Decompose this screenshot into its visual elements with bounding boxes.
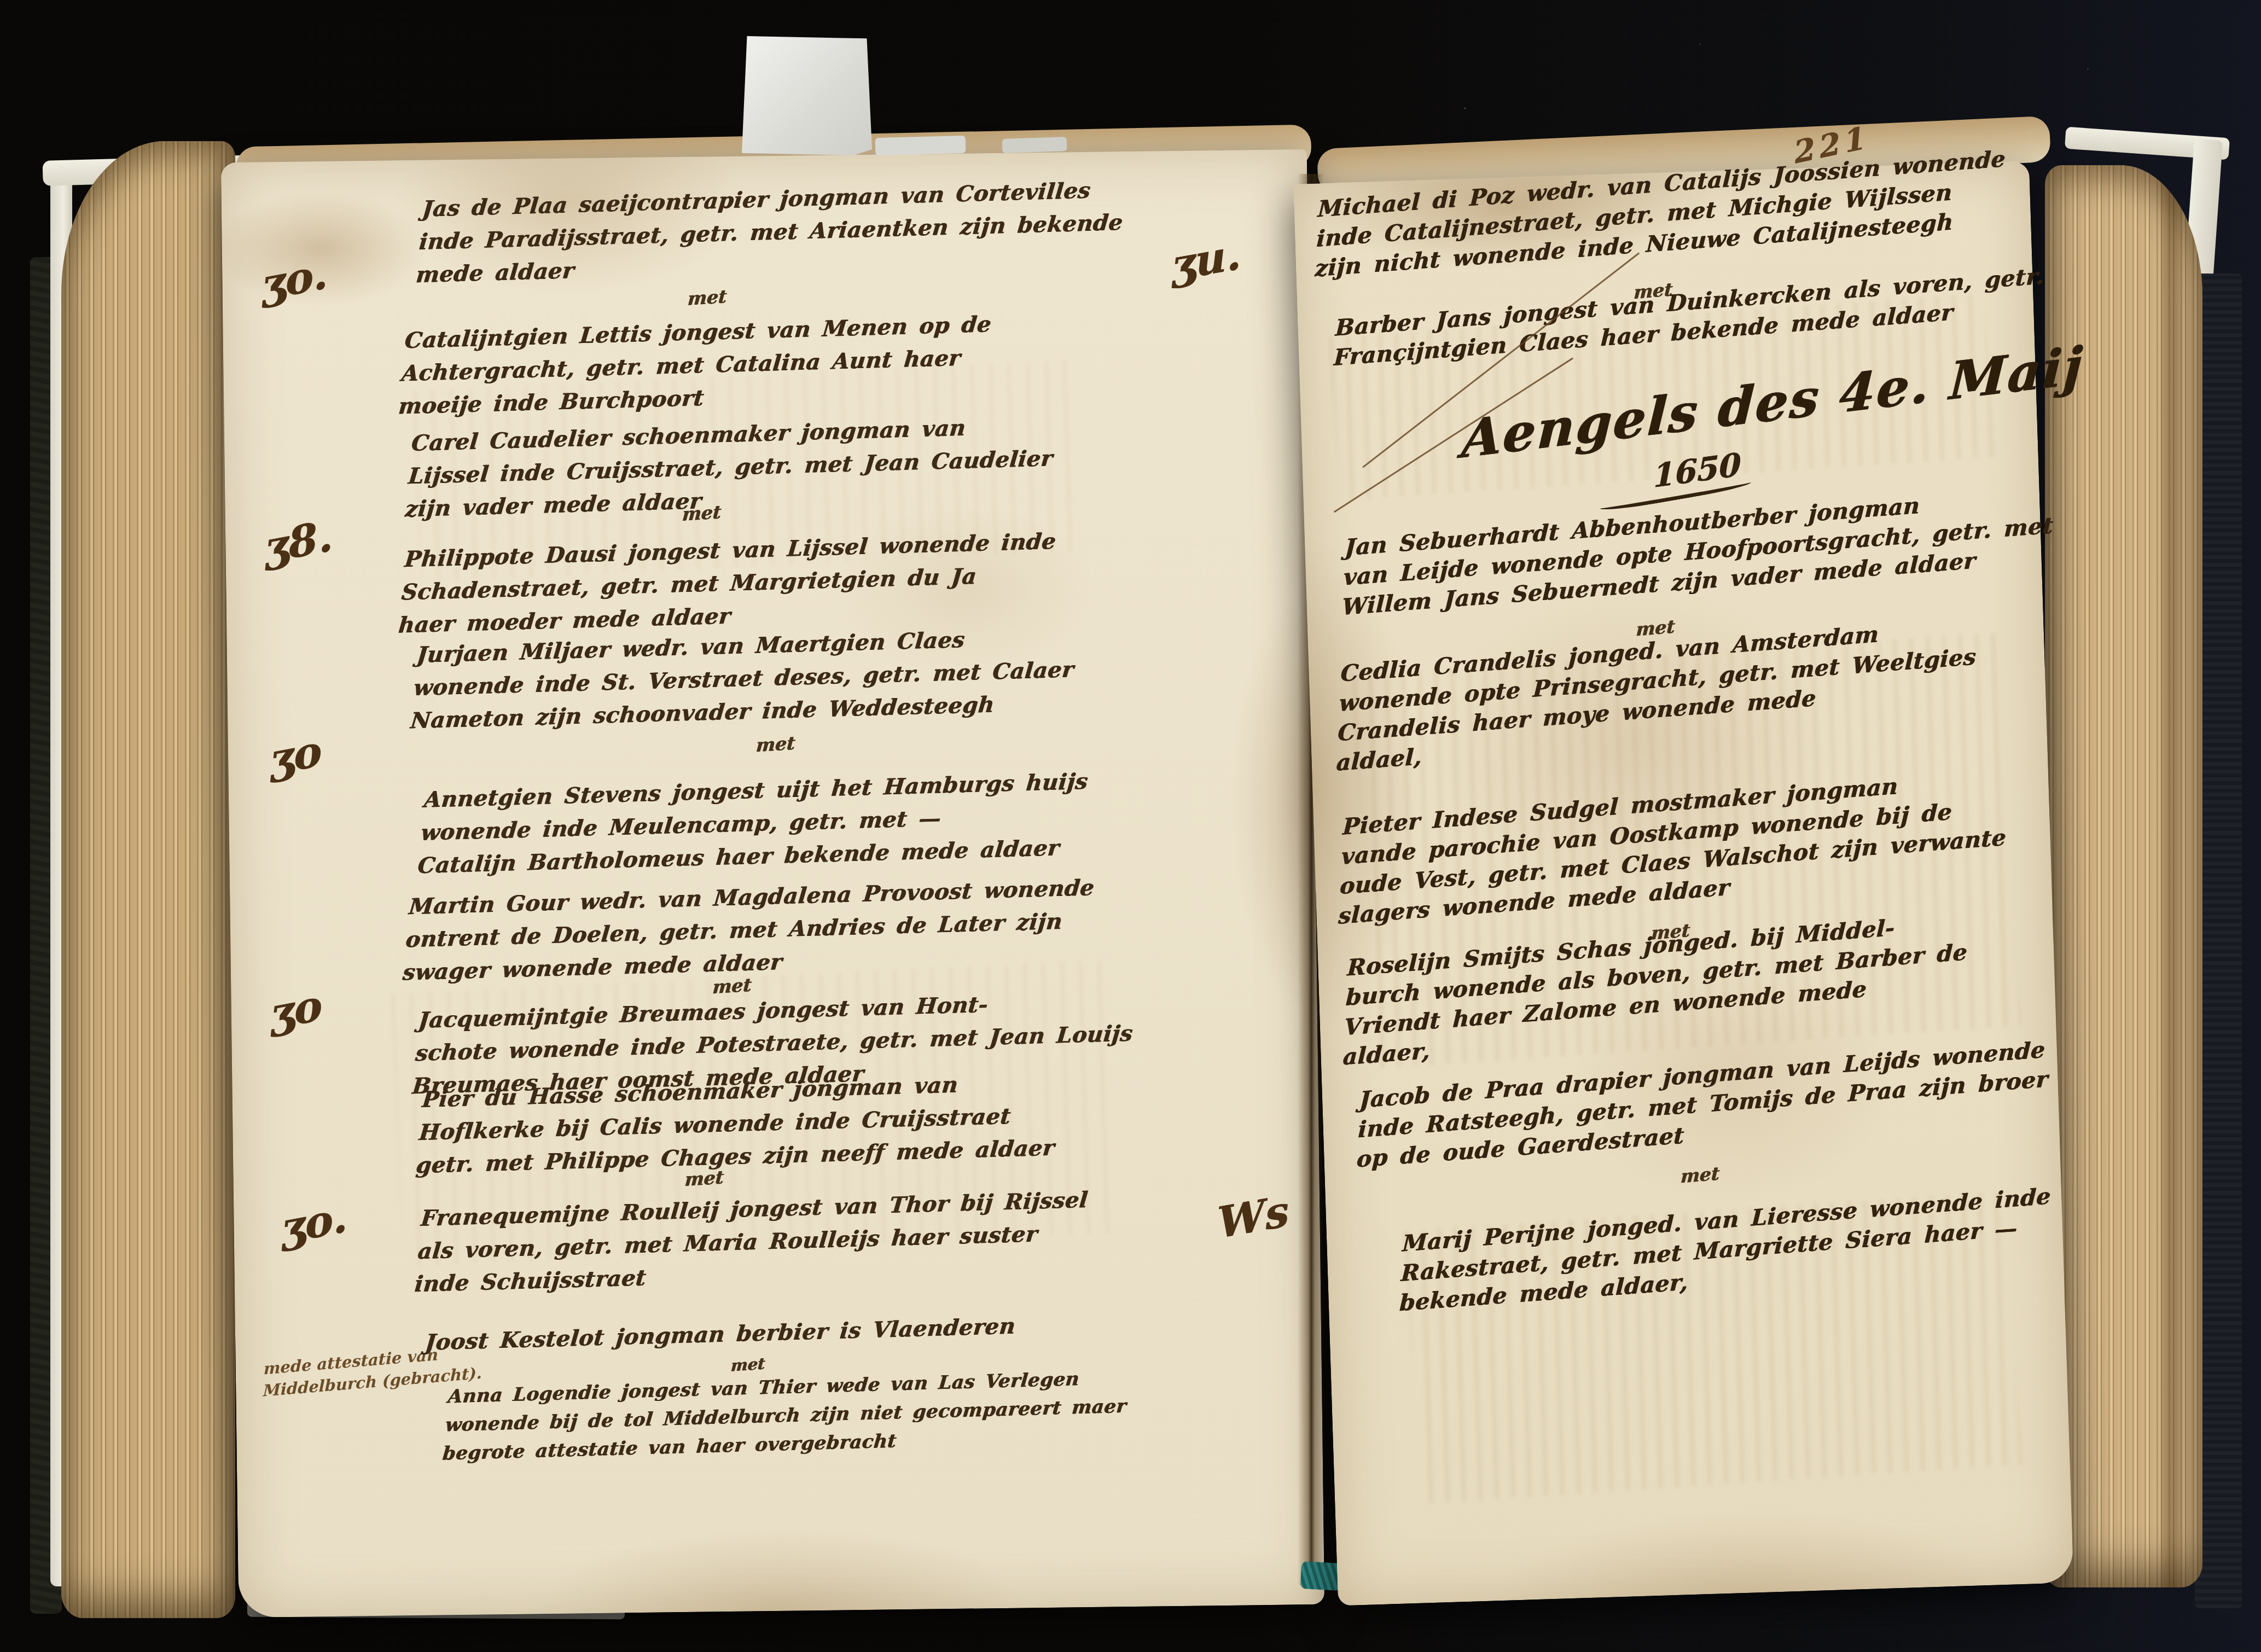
marriage-entry: Jas de Plaa saeijcontrapier jongman van …: [414, 173, 1127, 292]
paper-bookmark-slip-small: [1002, 137, 1067, 153]
marriage-entry: Carel Caudelier schoenmaker jongman van …: [404, 409, 1057, 526]
margin-paraph-mark: ʒo.: [259, 248, 329, 311]
marriage-entry: Jan Sebuerhardt Abbenhoutberber jongman …: [1341, 481, 2055, 622]
teal-headband-stitching: [1300, 1561, 1342, 1591]
paper-bookmark-slip-small: [875, 136, 966, 155]
margin-paraph-mark: ʒo.: [279, 1192, 348, 1254]
marriage-entry: Pieter Indese Sudgel mostmaker jongman v…: [1338, 763, 2010, 931]
entry-line: Joost Kestelot jongman berbier is Vlaend…: [423, 1310, 1016, 1359]
marriage-entry: Marij Perijne jonged. van Lieresse wonen…: [1399, 1181, 2051, 1318]
left-page: Jas de Plaa saeijcontrapier jongman van …: [221, 149, 1324, 1618]
marriage-entry: Franequemijne Roulleij jongest van Thor …: [413, 1184, 1089, 1301]
entry-separator-met: met: [730, 1354, 766, 1375]
marriage-entry: Jurjaen Miljaer wedr. van Maertgien Clae…: [409, 620, 1078, 737]
page-stack-fore-edge-left: [61, 141, 235, 1618]
margin-paraph-mark: ʒ8.: [263, 511, 334, 574]
marriage-entry: Annetgien Stevens jongest uijt het Hambu…: [416, 765, 1089, 882]
entry-separator-met: met: [681, 501, 722, 525]
entry-separator-met: met: [684, 1166, 724, 1190]
entry-separator-met: met: [687, 286, 728, 310]
marriage-entry: Martin Gour wedr. van Magdalena Provoost…: [401, 871, 1096, 990]
entry-separator-met: met: [712, 974, 752, 998]
marriage-entry: Anna Logendie jongest van Thier wede van…: [441, 1364, 1130, 1468]
marriage-entry: Pier du Hasse schoenmaker jongman van Ho…: [414, 1066, 1062, 1182]
margin-paraph-mark: ʒo: [268, 726, 323, 786]
right-page: Michael di Poz wedr. van Catalijs Joossi…: [1293, 161, 2073, 1606]
entry-separator-met: met: [1680, 1162, 1720, 1187]
photograph-of-open-register: { "page_number": "221", "colors": { "ink…: [0, 0, 2261, 1652]
marriage-entry: Cedlia Crandelis jonged. van Amsterdam w…: [1335, 612, 1978, 778]
margin-paraph-mark: ʒo: [268, 980, 324, 1040]
marriage-entry: Joost Kestelot jongman berbier is Vlaend…: [423, 1310, 1016, 1359]
entry-separator-met: met: [755, 732, 795, 756]
marriage-entry: Catalijntgien Lettis jongest van Menen o…: [397, 308, 992, 423]
paper-bookmark-slip: [742, 36, 872, 155]
